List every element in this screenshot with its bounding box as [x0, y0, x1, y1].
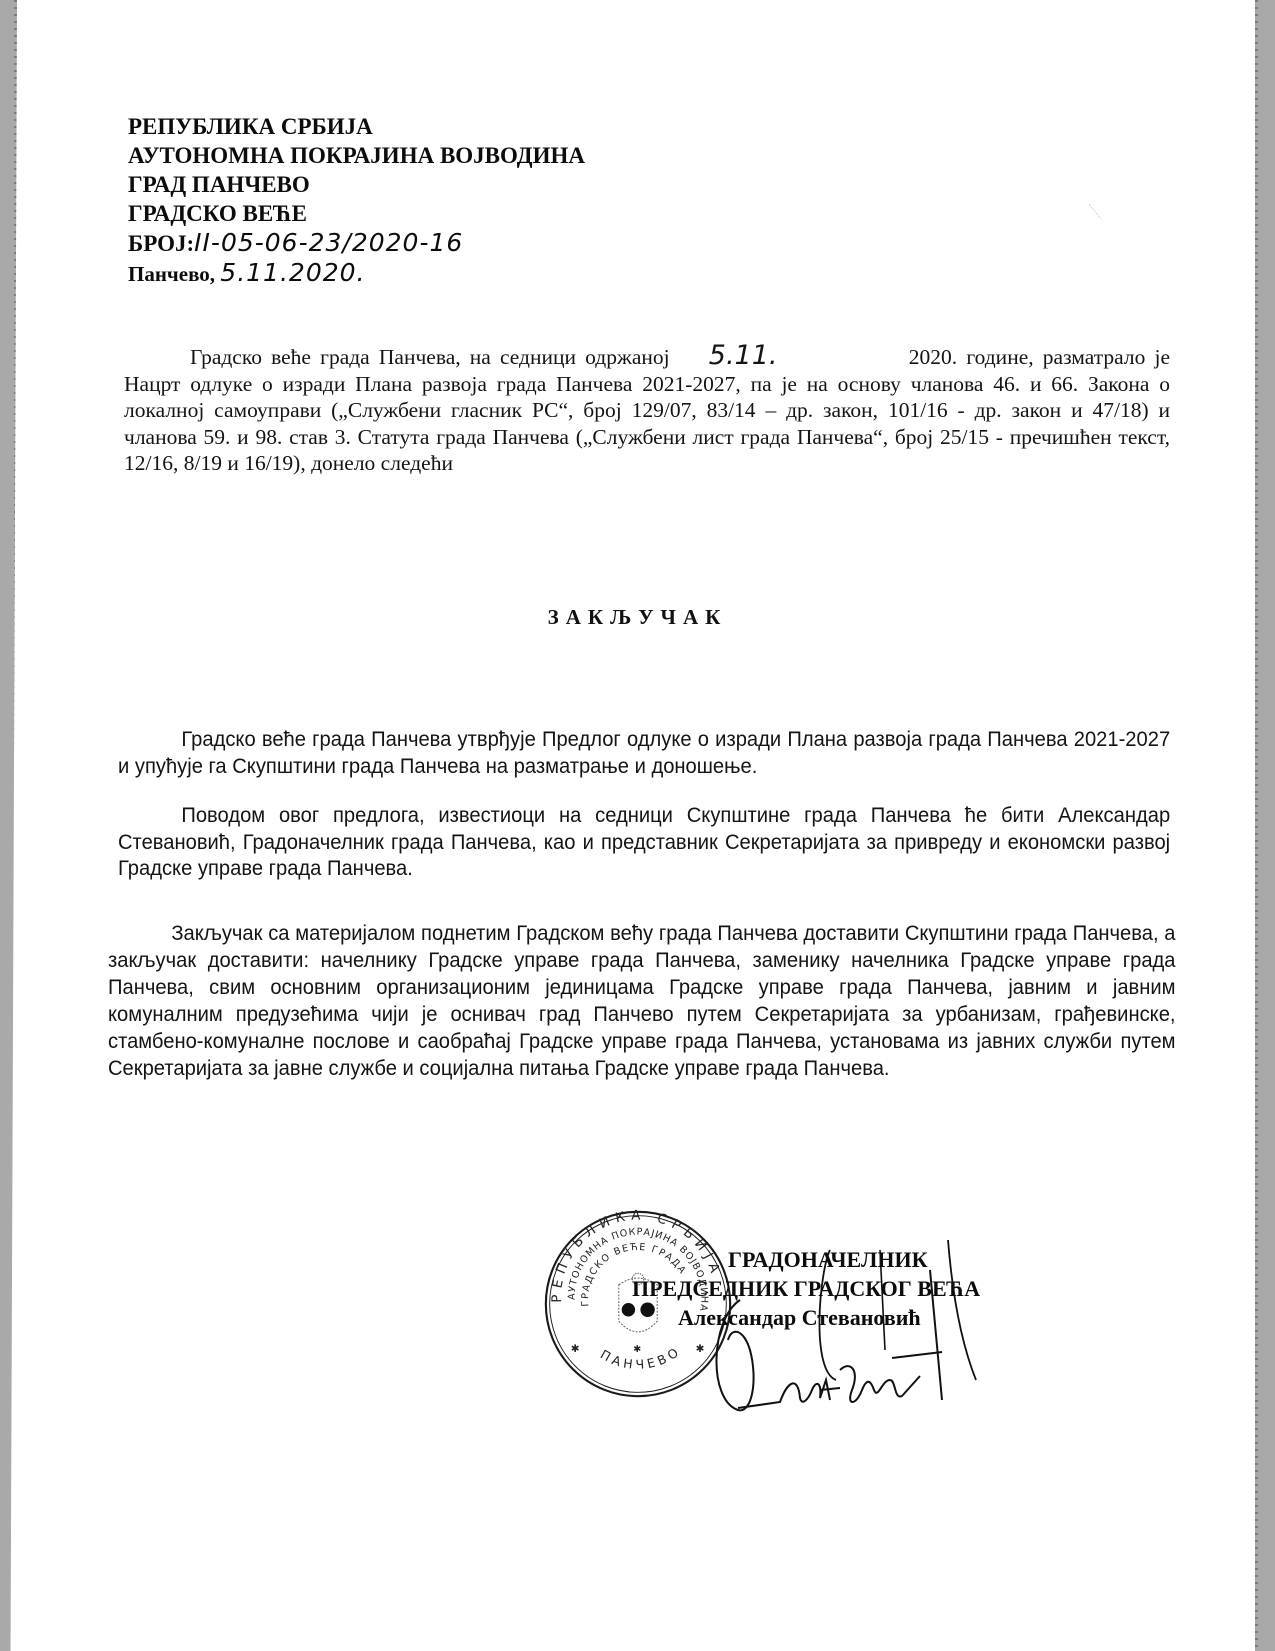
conclusion-paragraph-2: Поводом овог предлога, известиоци на сед… — [118, 803, 1170, 883]
document-title: ЗАКЉУЧАК — [0, 605, 1275, 630]
paragraph-text: Закључак са материјалом поднетим Градско… — [108, 922, 1176, 1080]
paragraph-text: Градско веће града Панчева утврђује Пред… — [118, 728, 1170, 778]
svg-text:✱: ✱ — [633, 1344, 641, 1355]
header-province: АУТОНОМНА ПОКРАЈИНА ВОЈВОДИНА — [128, 141, 585, 170]
conclusion-paragraph-3: Закључак са материјалом поднетим Градско… — [108, 920, 1176, 1082]
header-number: БРОЈ:II-05-06-23/2020-16 — [128, 228, 585, 258]
header-city: ГРАД ПАНЧЕВО — [128, 170, 585, 199]
place-label: Панчево, — [128, 262, 215, 286]
date-handwritten: 5.11.2020. — [220, 258, 365, 287]
signatory-title-mayor: ГРАДОНАЧЕЛНИК — [728, 1245, 980, 1274]
signature-block: ГРАДОНАЧЕЛНИК ПРЕДСЕДНИК ГРАДСКОГ ВЕЋА А… — [700, 1245, 980, 1332]
paragraph-text: Поводом овог предлога, известиоци на сед… — [118, 804, 1170, 880]
signatory-name: Александар Стевановић — [678, 1303, 980, 1332]
svg-text:✱: ✱ — [571, 1343, 580, 1355]
number-label: БРОЈ: — [128, 231, 194, 256]
scan-speck — [1089, 191, 1117, 218]
header-council: ГРАДСКО ВЕЋЕ — [128, 199, 585, 228]
header-country: РЕПУБЛИКА СРБИЈА — [128, 112, 585, 141]
intro-paragraph: Градско веће града Панчева, на седници о… — [124, 343, 1170, 477]
intro-line1-before: Градско веће града Панчева, на седници о… — [190, 345, 670, 369]
header-place-date: Панчево, 5.11.2020. — [128, 258, 585, 289]
scan-edge-right — [1255, 0, 1275, 1651]
conclusion-paragraph-1: Градско веће града Панчева утврђује Пред… — [118, 727, 1170, 780]
session-date-handwritten: 5.11. — [679, 343, 909, 370]
svg-text:✱: ✱ — [696, 1343, 705, 1355]
number-value-handwritten: II-05-06-23/2020-16 — [194, 228, 463, 257]
document-header: РЕПУБЛИКА СРБИЈА АУТОНОМНА ПОКРАЈИНА ВОЈ… — [128, 112, 585, 289]
scan-edge-left — [0, 0, 17, 1651]
intro-line1-after: 2020. године, — [909, 345, 1034, 369]
signatory-title-president: ПРЕДСЕДНИК ГРАДСКОГ ВЕЋА — [632, 1274, 980, 1303]
